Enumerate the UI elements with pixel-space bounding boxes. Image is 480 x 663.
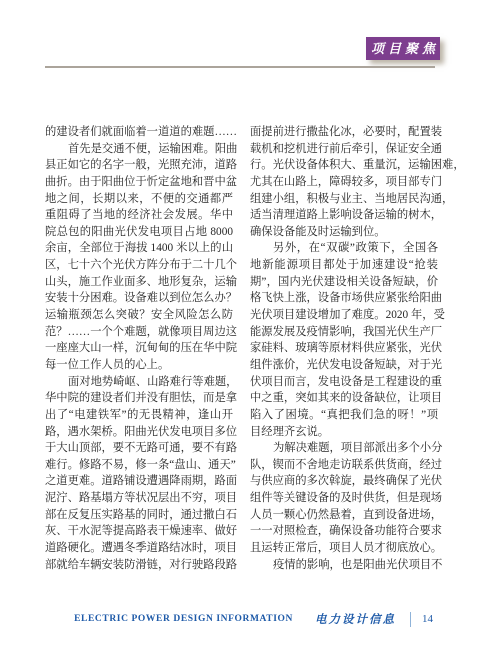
text-line: 之道更难。道路铺设遭遇降雨期，路面 [45,473,233,490]
text-column-right: 面提前进行撒盐化冰，必要时，配置装载机和挖机进行前后牵引，保证安全通行。光伏设备… [250,124,438,573]
journal-name-cn: 电力设计信息 [315,611,396,627]
text-line: 伏项目而言，发电设备是工程建设的重 [250,374,438,391]
text-line: 曲折。由于阳曲位于忻定盆地和晋中盆 [45,174,233,191]
text-line: 灰、干水泥等提高路表干燥速率、做好 [45,523,233,540]
text-line: 院总包的阳曲光伏发电项目占地 8000 [45,224,233,241]
header-rule [45,66,435,68]
text-line: 中之重，突如其来的设备缺位，让项目 [250,390,438,407]
text-line: 队，锲而不舍地走访联系供货商，经过 [250,457,438,474]
text-line: 载机和挖机进行前后牵引，保证安全通 [250,141,438,158]
text-column-left: 的建设者们就面临着一道道的难题……首先是交通不便，运输困难。阳曲县正如它的名字一… [45,124,233,573]
text-line: 目经理齐玄说。 [250,424,438,441]
text-line: 适当清理道路上影响设备运输的树木， [250,207,438,224]
text-line: 山头，施工作业面多、地形复杂，运输 [45,274,233,291]
text-line: 面对地势崎岖、山路难行等难题， [45,374,233,391]
text-line: 格飞快上涨，设备市场供应紧张给阳曲 [250,290,438,307]
text-line: 与供应商的多次斡旋，最终确保了光伏 [250,473,438,490]
section-badge: 项目聚焦 [366,37,440,60]
text-line: 首先是交通不便，运输困难。阳曲 [45,141,233,158]
text-line: 尤其在山路上，障碍较多，项目部专门 [250,174,438,191]
text-line: 组件等关键设备的及时供货，但是现场 [250,490,438,507]
text-line: 家硅料、玻璃等原材料供应紧张，光伏 [250,340,438,357]
text-line: 一一对照检查，确保设备功能符合要求 [250,523,438,540]
text-line: 另外，在“双碳”政策下，全国各 [250,240,438,257]
text-line: 光伏项目建设增加了难度。2020 年，受 [250,307,438,324]
text-line: 地新能源项目都处于加速建设“抢装 [250,257,438,274]
text-line: 为解决难题，项目部派出多个小分 [250,440,438,457]
text-line: 余亩，全部位于海拔 1400 米以上的山 [45,240,233,257]
text-line: 运输瓶颈怎么突破？安全风险怎么防 [45,307,233,324]
text-line: 行。光伏设备体积大、重量沉，运输困难， [250,157,438,174]
text-line: 难行。修路不易，修一条“盘山、通天” [45,457,233,474]
text-line: 每一位工作人员的心上。 [45,357,233,374]
magazine-page: 项目聚焦 的建设者们就面临着一道道的难题……首先是交通不便，运输困难。阳曲县正如… [0,0,480,663]
text-line: 且运转正常后，项目人员才彻底放心。 [250,540,438,557]
text-line: 部在反复压实路基的同时，通过撒白石 [45,507,233,524]
text-line: 部就给车辆安装防滑链，对行驶路段路 [45,557,233,574]
text-line: 路，遇水架桥。阳曲光伏发电项目多位 [45,424,233,441]
footer-divider [410,612,411,627]
text-line: 的建设者们就面临着一道道的难题…… [45,124,233,141]
text-line: 人员一颗心仍然悬着，直到设备进场， [250,507,438,524]
journal-name-en: ELECTRIC POWER DESIGN INFORMATION [74,614,293,624]
text-line: 道路硬化。遭遇冬季道路结冰时，项目 [45,540,233,557]
text-line: 疫情的影响，也是阳曲光伏项目不 [250,557,438,574]
text-line: 范？……一个个难题，就像项目周边这 [45,324,233,341]
text-line: 确保设备能及时运输到位。 [250,224,438,241]
text-line: 期”，国内光伏建设相关设备短缺，价 [250,274,438,291]
text-line: 于大山顶部，要不无路可通，要不有路 [45,440,233,457]
text-line: 组建小组，积极与业主、当地居民沟通， [250,191,438,208]
text-line: 区，七十六个光伏方阵分布于二十几个 [45,257,233,274]
text-line: 一座座大山一样，沉甸甸的压在华中院 [45,340,233,357]
text-line: 能源发展及疫情影响，我国光伏生产厂 [250,324,438,341]
page-number: 14 [422,613,433,625]
text-line: 重阻碍了当地的经济社会发展。华中 [45,207,233,224]
text-line: 安装十分困难。设备难以到位怎么办？ [45,290,233,307]
text-line: 面提前进行撒盐化冰，必要时，配置装 [250,124,438,141]
page-footer: ELECTRIC POWER DESIGN INFORMATION 电力设计信息… [0,610,433,628]
text-line: 出了“电建铁军”的无畏精神，逢山开 [45,407,233,424]
text-line: 陷入了困境。“真把我们急的呀！”项 [250,407,438,424]
text-line: 地之间，长期以来，不便的交通都严 [45,191,233,208]
text-line: 县正如它的名字一般，光照充沛，道路 [45,157,233,174]
text-line: 华中院的建设者们并没有胆怯，而是拿 [45,390,233,407]
text-line: 泥泞、路基塌方等状况层出不穷，项目 [45,490,233,507]
text-line: 组件涨价，光伏发电设备短缺，对于光 [250,357,438,374]
